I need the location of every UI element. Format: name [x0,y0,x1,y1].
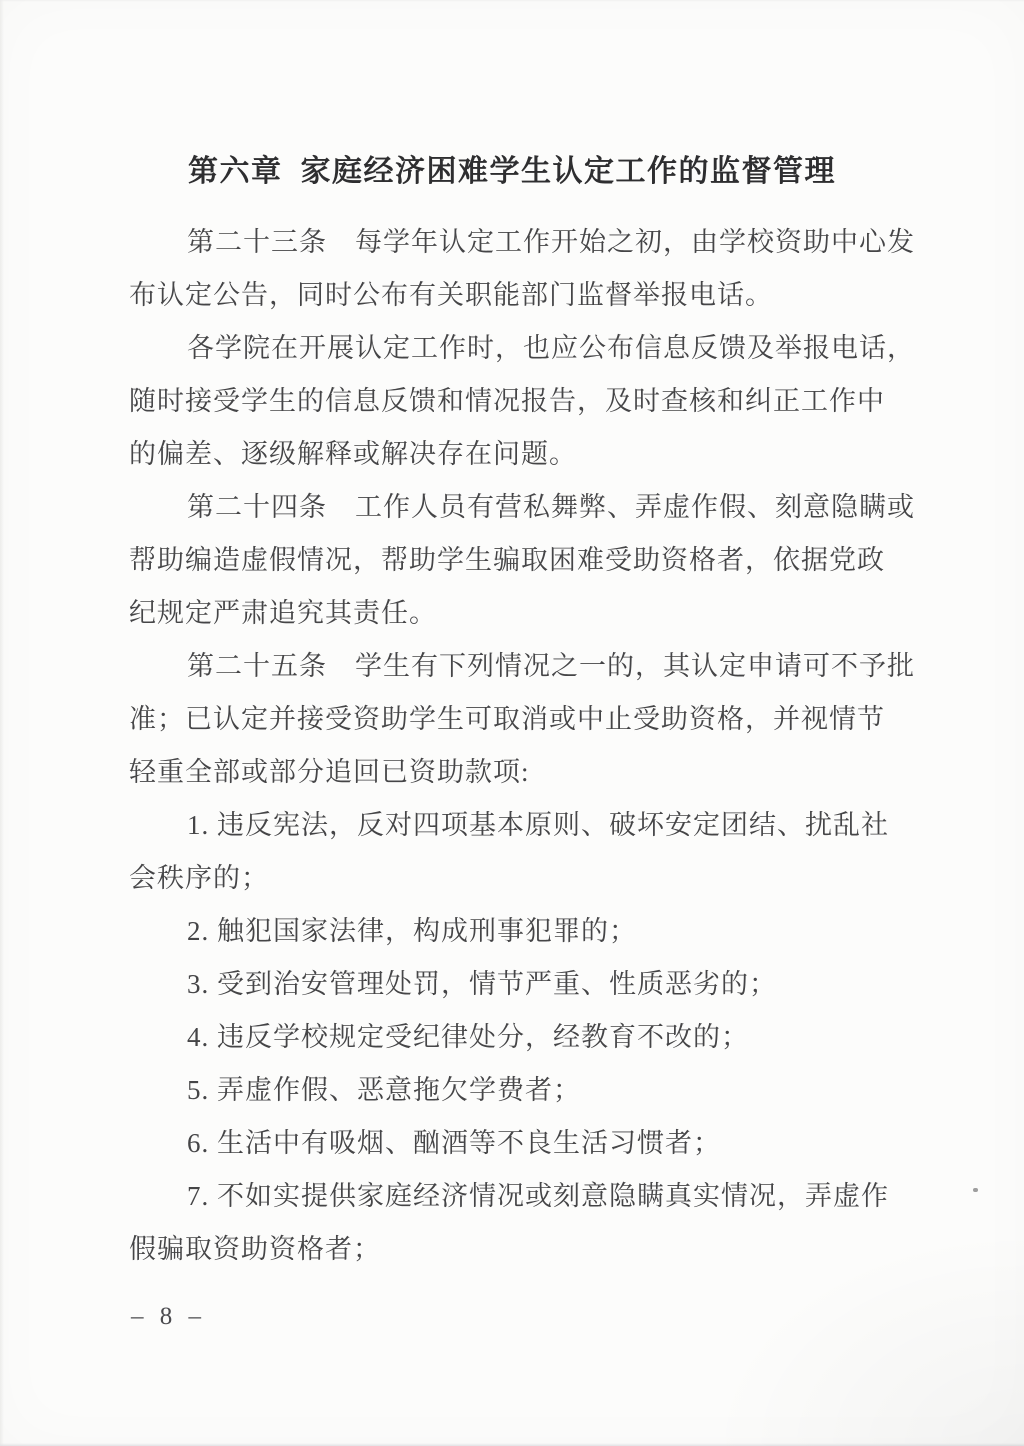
list-item: 7. 不如实提供家庭经济情况或刻意隐瞒真实情况，弄虚作 假骗取资助资格者； [129,1170,909,1276]
scan-edge-left [0,0,4,1446]
scan-speck [973,1188,978,1192]
text-line: 第二十三条 每学年认定工作开始之初，由学校资助中心发 [129,216,909,269]
paragraph: 第二十五条 学生有下列情况之一的，其认定申请可不予批 准；已认定并接受资助学生可… [129,640,909,799]
text-line: 6. 生活中有吸烟、酗酒等不良生活习惯者； [129,1117,909,1170]
text-line: 会秩序的； [129,852,909,905]
paragraph: 第二十三条 每学年认定工作开始之初，由学校资助中心发 布认定公告，同时公布有关职… [129,216,909,322]
paragraph: 第二十四条 工作人员有营私舞弊、弄虚作假、刻意隐瞒或 帮助编造虚假情况，帮助学生… [129,481,909,640]
chapter-title: 家庭经济困难学生认定工作的监督管理 [301,155,837,188]
text-line: 5. 弄虚作假、恶意拖欠学费者； [129,1064,909,1117]
text-line: 第二十五条 学生有下列情况之一的，其认定申请可不予批 [129,640,909,693]
document-page: 第六章家庭经济困难学生认定工作的监督管理 第二十三条 每学年认定工作开始之初，由… [0,0,1024,1446]
list-item: 3. 受到治安管理处罚，情节严重、性质恶劣的； [129,958,909,1011]
document-body: 第二十三条 每学年认定工作开始之初，由学校资助中心发 布认定公告，同时公布有关职… [129,216,909,1276]
text-line: 2. 触犯国家法律，构成刑事犯罪的； [129,905,909,958]
text-line: 轻重全部或部分追回已资助款项: [129,746,909,799]
text-line: 3. 受到治安管理处罚，情节严重、性质恶劣的； [129,958,909,1011]
text-line: 各学院在开展认定工作时，也应公布信息反馈及举报电话， [129,322,909,375]
text-line: 随时接受学生的信息反馈和情况报告，及时查核和纠正工作中 [129,375,909,428]
text-line: 纪规定严肃追究其责任。 [129,587,909,640]
paragraph: 各学院在开展认定工作时，也应公布信息反馈及举报电话， 随时接受学生的信息反馈和情… [129,322,909,481]
text-line: 帮助编造虚假情况，帮助学生骗取困难受助资格者，依据党政 [129,534,909,587]
text-line: 准；已认定并接受资助学生可取消或中止受助资格，并视情节 [129,693,909,746]
list-item: 1. 违反宪法，反对四项基本原则、破坏安定团结、扰乱社 会秩序的； [129,799,909,905]
page-number: – 8 – [131,1303,206,1331]
chapter-heading: 第六章家庭经济困难学生认定工作的监督管理 [0,146,1024,190]
text-line: 1. 违反宪法，反对四项基本原则、破坏安定团结、扰乱社 [129,799,909,852]
list-item: 2. 触犯国家法律，构成刑事犯罪的； [129,905,909,958]
text-line: 7. 不如实提供家庭经济情况或刻意隐瞒真实情况，弄虚作 [129,1170,909,1223]
scan-edge-top [0,0,1024,2]
text-line: 第二十四条 工作人员有营私舞弊、弄虚作假、刻意隐瞒或 [129,481,909,534]
list-item: 6. 生活中有吸烟、酗酒等不良生活习惯者； [129,1117,909,1170]
text-line: 布认定公告，同时公布有关职能部门监督举报电话。 [129,269,909,322]
text-line: 4. 违反学校规定受纪律处分，经教育不改的； [129,1011,909,1064]
chapter-label: 第六章 [188,155,283,188]
list-item: 5. 弄虚作假、恶意拖欠学费者； [129,1064,909,1117]
text-line: 的偏差、逐级解释或解决存在问题。 [129,428,909,481]
text-line: 假骗取资助资格者； [129,1223,909,1276]
list-item: 4. 违反学校规定受纪律处分，经教育不改的； [129,1011,909,1064]
